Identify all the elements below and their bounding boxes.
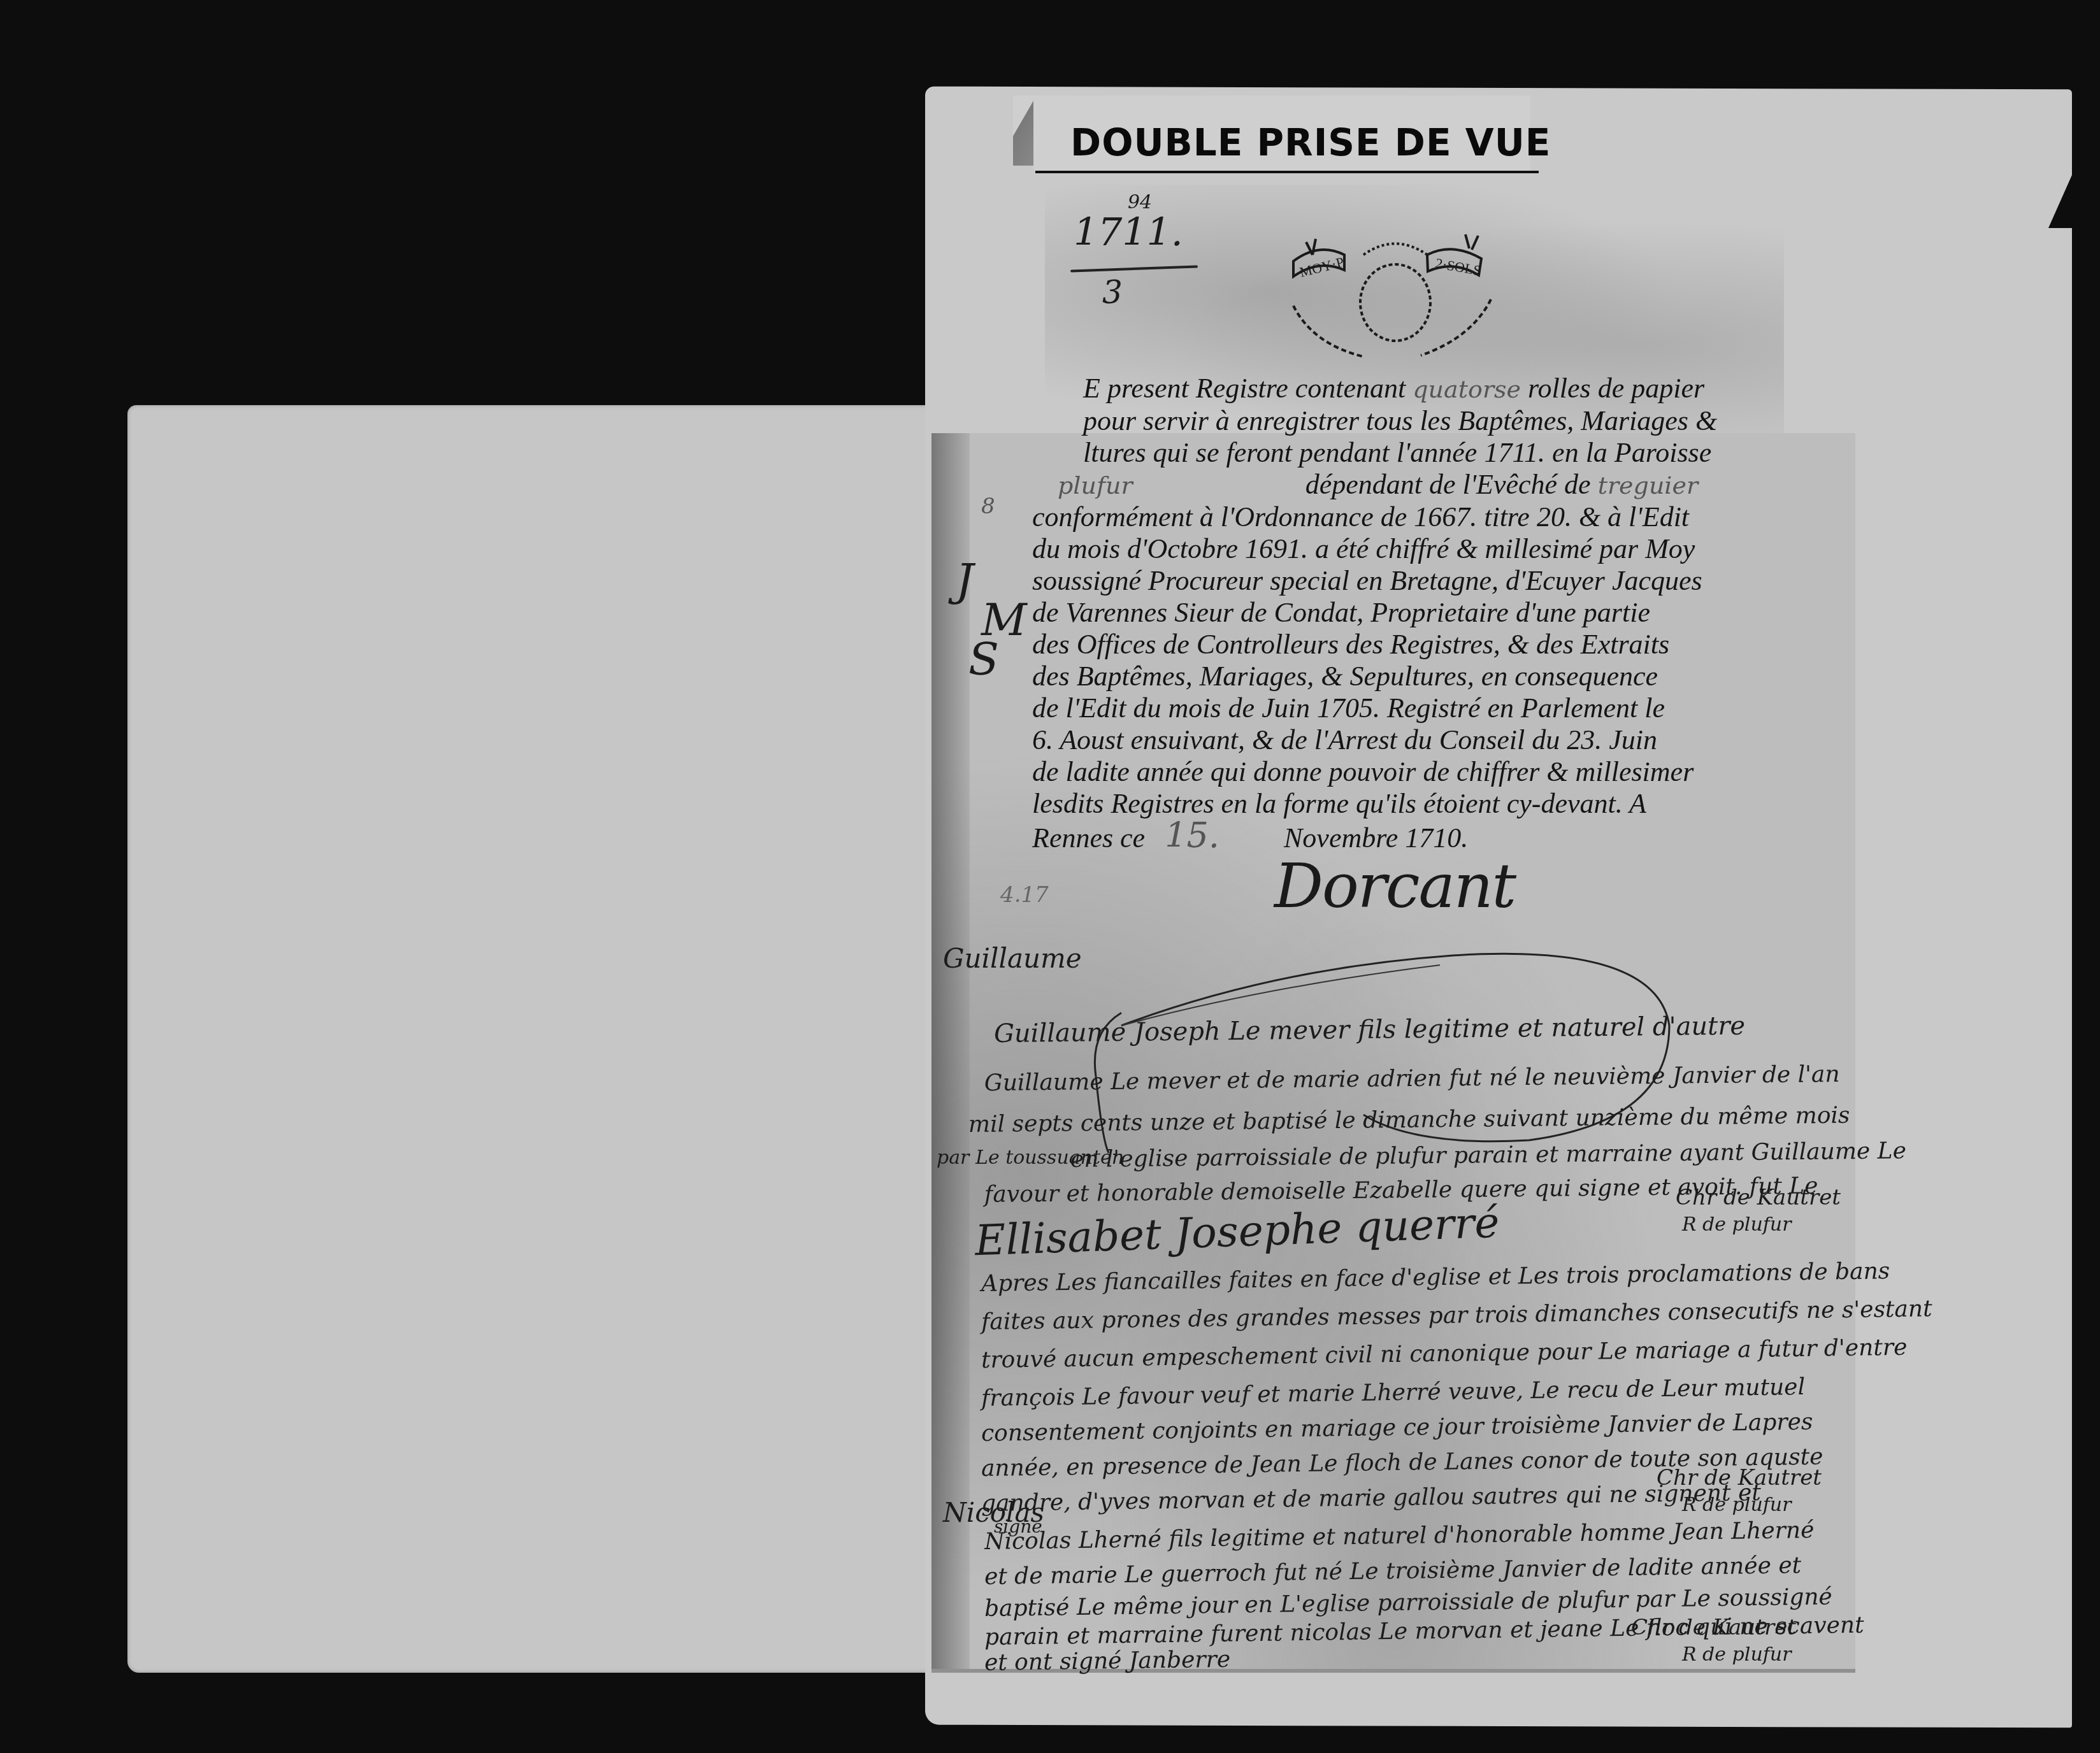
printed-line-13: de ladite année qui donne pouvoir de chi… bbox=[1032, 756, 1695, 788]
margin-initials: J M S bbox=[956, 561, 1027, 679]
filled-rolls-count: quatorse bbox=[1413, 375, 1521, 403]
margin-sub-number: 4.17 bbox=[1000, 882, 1049, 908]
filled-day: 15. bbox=[1165, 815, 1219, 855]
printed-line-10: des Baptêmes, Mariages, & Sepultures, en… bbox=[1032, 661, 1695, 692]
printed-line-6: du mois d'Octobre 1691. a été chiffré & … bbox=[1032, 533, 1695, 565]
printed-line-5: conformément à l'Ordonnance de 1667. tit… bbox=[1032, 501, 1695, 533]
printed-line-3: ltures qui se feront pendant l'année 171… bbox=[1083, 437, 1695, 469]
printed-line-7: soussigné Procureur special en Bretagne,… bbox=[1032, 565, 1695, 597]
printed-line-4: plufur dépendant de l'Evêché de treguier bbox=[1083, 469, 1695, 501]
printed-preamble: E present Registre contenant quatorse ro… bbox=[1083, 373, 1695, 854]
priest-signature-3: Chr de Kautret bbox=[1631, 1615, 1796, 1640]
printed-line-8: de Varennes Sieur de Condat, Proprietair… bbox=[1032, 597, 1695, 629]
printed-line-11: de l'Edit du mois de Juin 1705. Registré… bbox=[1032, 692, 1695, 724]
printed-line-12: 6. Aoust ensuivant, & de l'Arrest du Con… bbox=[1032, 724, 1695, 756]
printed-line-1: E present Registre contenant quatorse ro… bbox=[1083, 373, 1695, 405]
procureur-signature: Dorcant bbox=[1274, 850, 1515, 922]
priest-parish-3: R de plufur bbox=[1682, 1643, 1792, 1666]
stamp-right-ribbon: 2·SOLS bbox=[1434, 255, 1482, 278]
left-blank-page bbox=[127, 405, 931, 1673]
margin-number: 8 bbox=[981, 494, 995, 519]
filled-diocese: treguier bbox=[1598, 471, 1699, 499]
priest-signature-1: Chr de Kautret bbox=[1676, 1185, 1841, 1210]
stamp-left-ribbon: MOY·P bbox=[1298, 254, 1346, 280]
priest-parish-2: R de plufur bbox=[1682, 1494, 1792, 1516]
printed-line-14: lesdits Registres en la forme qu'ils éto… bbox=[1032, 788, 1695, 820]
label-text: DOUBLE PRISE DE VUE bbox=[1070, 121, 1551, 164]
margin-name-guillaume: Guillaume bbox=[943, 943, 1082, 974]
printed-line-2: pour servir à enregistrer tous les Baptê… bbox=[1083, 405, 1695, 437]
paraph-mark: 3 bbox=[1102, 274, 1123, 311]
priest-parish-1: R de plufur bbox=[1682, 1213, 1792, 1236]
year-header: 1711. bbox=[1074, 210, 1183, 255]
label-underline bbox=[1035, 171, 1539, 173]
printed-line-15: Rennes ce 15. Novembre 1710. bbox=[1032, 820, 1695, 854]
tax-stamp-icon: MOY·P 2·SOLS bbox=[1268, 229, 1516, 363]
priest-signature-2: Chr de Kautret bbox=[1657, 1465, 1822, 1491]
filled-parish: plufur bbox=[1058, 471, 1133, 499]
printed-line-9: des Offices de Controlleurs des Registre… bbox=[1032, 629, 1695, 661]
